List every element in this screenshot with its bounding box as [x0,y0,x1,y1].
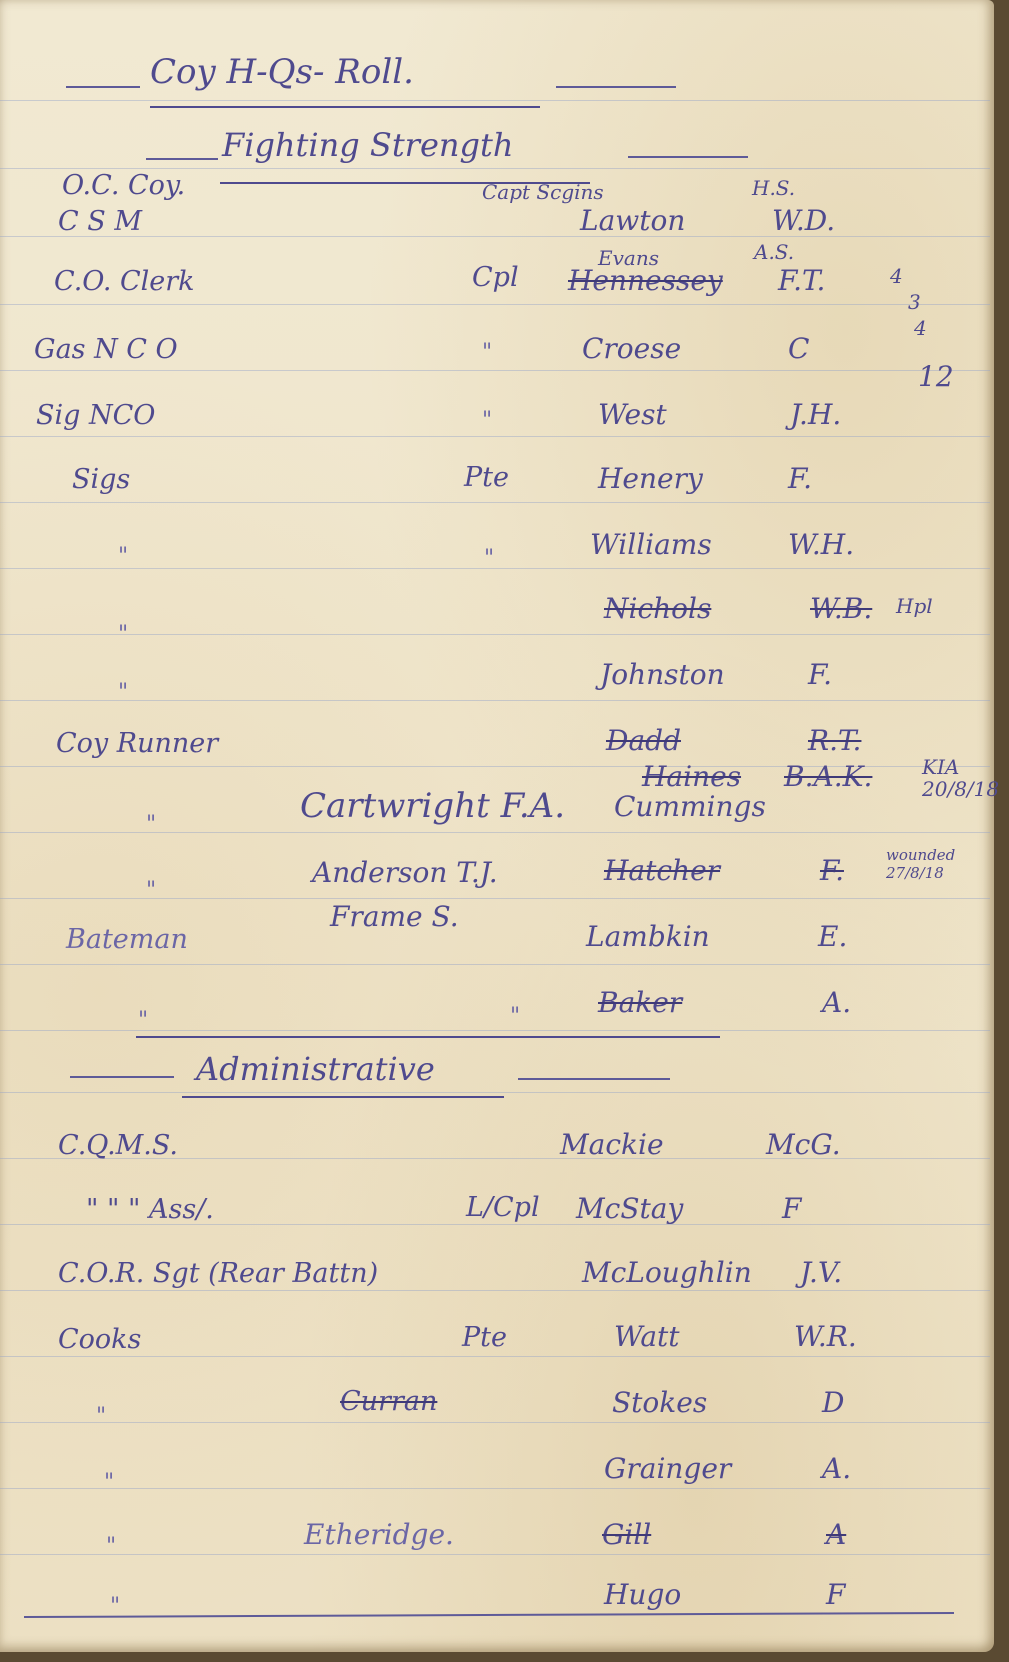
section-heading-fighting-strength: Fighting Strength [222,126,513,164]
tally-value: 4 [890,264,903,288]
soldier-initials: F.T. [778,264,825,297]
soldier-initials: F. [808,658,832,691]
ruled-line [0,1290,990,1291]
tally-value: 3 [908,290,921,314]
ruled-line [0,700,990,701]
soldier-initials: A. [822,986,851,1019]
heading-dash-right [518,1078,670,1080]
ruled-line [0,1356,990,1357]
soldier-initials-struck: W.B. [810,592,872,625]
role-label: O.C. Coy. [62,170,185,201]
ruled-line [0,634,990,635]
ruled-line [0,1422,990,1423]
inserted-name: Etheridge. [304,1518,454,1551]
role-label: Bateman [66,924,188,955]
margin-note: Hpl [896,594,933,618]
soldier-initials: F. [788,462,812,495]
ditto-mark: " [118,680,128,705]
ditto-mark: " [482,340,492,365]
role-label: " " " Ass/. [86,1194,214,1225]
ruled-line [0,304,990,305]
ruled-line [0,370,990,371]
role-label: Sigs [72,464,130,495]
soldier-initials-struck: B.A.K. [784,760,872,793]
ruled-line [0,568,990,569]
margin-note-kia: KIA 20/8/18 [922,756,992,800]
notebook-page: Coy H-Qs- Roll. Fighting Strength O.C. C… [0,0,994,1652]
soldier-name-struck: Baker [598,986,682,1019]
soldier-name: McLoughlin [582,1256,752,1289]
heading-dash-left [146,158,218,160]
section-heading-administrative: Administrative [196,1050,435,1088]
soldier-name-struck: Haines [642,760,741,793]
role-label: C.Q.M.S. [58,1130,178,1161]
soldier-initials: E. [818,920,847,953]
soldier-name: Johnston [600,658,725,691]
role-label: C S M [58,206,142,237]
role-label: Sig NCO [36,400,155,431]
ditto-mark: " [146,878,156,903]
rank-label: L/Cpl [466,1192,540,1223]
soldier-initials: D [822,1386,844,1419]
soldier-name: Grainger [604,1452,731,1485]
title-dash-left [66,86,140,88]
officer-name: Capt Scgins [482,180,604,204]
soldier-name: Croese [582,332,681,365]
page-title: Coy H-Qs- Roll. [150,52,414,92]
ruled-line [0,236,990,237]
soldier-initials: F [826,1578,845,1611]
heading-dash-left [70,1076,174,1078]
role-label: Coy Runner [56,728,218,759]
tally-total: 12 [918,360,954,393]
soldier-initials: J.H. [790,398,841,431]
soldier-initials: J.V. [800,1256,842,1289]
soldier-name-struck: Dadd [606,724,681,757]
ruled-line [0,1554,990,1555]
ditto-mark: " [484,546,494,571]
soldier-name: Williams [590,528,712,561]
soldier-initials: W.D. [772,204,835,237]
ditto-mark: " [118,544,128,569]
tally-value: 4 [914,316,927,340]
ruled-line [0,1030,990,1031]
soldier-initials-struck: F. [820,854,844,887]
soldier-name: Cummings [614,790,766,823]
soldier-name-struck: Hatcher [604,854,720,887]
closing-line [24,1612,954,1618]
rank-label: Pte [462,1322,507,1353]
inserted-name: Frame S. [330,900,459,933]
heading-underline [182,1096,504,1098]
role-label: Cooks [58,1324,141,1355]
soldier-name-struck: Hennessey [568,264,723,297]
soldier-initials: F [782,1192,801,1225]
soldier-name: Henery [598,462,703,495]
soldier-initials: McG. [766,1128,841,1161]
soldier-initials: W.R. [794,1320,857,1353]
soldier-name-struck: Gill [602,1518,651,1551]
soldier-name: Hugo [604,1578,681,1611]
ditto-mark: " [482,408,492,433]
ditto-mark: " [118,622,128,647]
soldier-name: McStay [576,1192,683,1225]
inserted-name: Cartwright F.A. [300,786,565,826]
section-divider [136,1036,720,1038]
soldier-name: Lawton [580,204,685,237]
role-label: C.O.R. Sgt (Rear Battn) [58,1258,378,1289]
soldier-initials: W.H. [788,528,854,561]
inserted-name-struck: Curran [340,1386,437,1417]
ditto-mark: " [96,1404,106,1429]
soldier-initials-struck: A [826,1518,846,1551]
ditto-mark: " [138,1008,148,1033]
soldier-name: Watt [614,1320,680,1353]
soldier-name: West [598,398,667,431]
ditto-mark: " [510,1004,520,1029]
ditto-mark: " [146,812,156,837]
ruled-line [0,168,990,169]
ruled-line [0,100,990,101]
soldier-name: Stokes [612,1386,707,1419]
ruled-line [0,964,990,965]
inserted-name: Anderson T.J. [312,856,498,889]
ditto-mark: " [106,1534,116,1559]
ruled-line [0,1092,990,1093]
soldier-name: Lambkin [586,920,710,953]
heading-dash-right [628,156,748,158]
soldier-initials: C [788,332,809,365]
soldier-initials: A. [822,1452,851,1485]
role-label: C.O. Clerk [54,266,195,297]
ruled-line [0,436,990,437]
role-label: Gas N C O [34,334,178,365]
replacement-note: A.S. [754,240,794,264]
officer-initials: H.S. [752,176,795,200]
title-dash-right [556,86,676,88]
soldier-name: Mackie [560,1128,664,1161]
ruled-line [0,502,990,503]
soldier-name-struck: Nichols [604,592,711,625]
ditto-mark: " [104,1470,114,1495]
rank-label: Cpl [472,262,519,293]
ruled-line [0,1488,990,1489]
margin-note-wounded: wounded 27/8/18 [886,846,986,882]
soldier-initials-struck: R.T. [808,724,861,757]
rank-label: Pte [464,462,509,493]
title-underline [150,106,540,108]
